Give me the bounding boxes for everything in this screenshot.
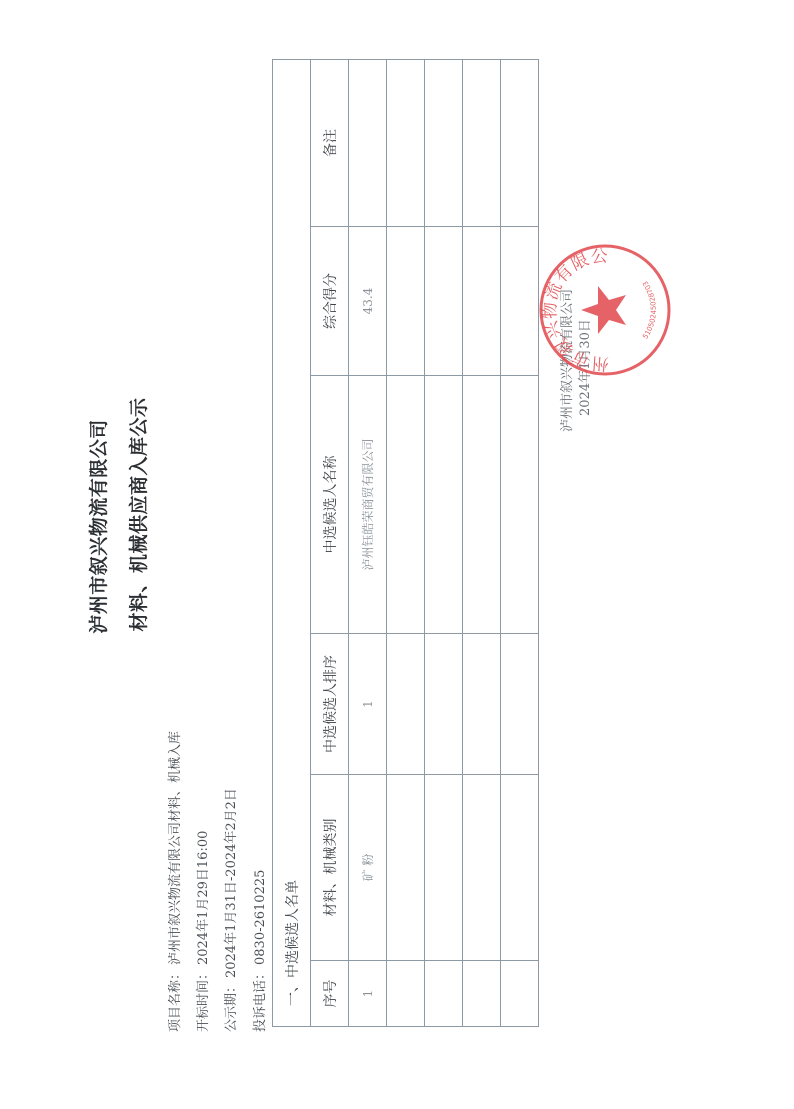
table-row xyxy=(387,60,425,1027)
info-value: 0830-2610225 xyxy=(253,870,268,965)
notice-title: 材料、机械供应商入库公示 xyxy=(124,0,151,1069)
info-label: 项目名称： xyxy=(168,967,183,1032)
cell-index: 1 xyxy=(349,961,387,1027)
info-value: 泸州市叙兴物流有限公司材料、机械入库 xyxy=(168,731,183,965)
cell-score xyxy=(463,227,501,376)
cell-remark xyxy=(501,60,539,227)
info-bid-opening-time: 开标时间：2024年1月29日16:00 xyxy=(192,831,211,1032)
cell-score xyxy=(501,227,539,376)
info-complaint-phone: 投诉电话：0830-2610225 xyxy=(249,870,268,1032)
cell-score: 43.4 xyxy=(349,227,387,376)
info-label: 开标时间： xyxy=(196,967,211,1032)
info-label: 公示期： xyxy=(224,980,239,1032)
cell-category xyxy=(463,775,501,961)
cell-candidate-name xyxy=(463,376,501,634)
cell-index xyxy=(425,961,463,1027)
info-value: 2024年1月31日-2024年2月2日 xyxy=(224,788,239,978)
cell-candidate-name xyxy=(425,376,463,634)
info-value: 2024年1月29日16:00 xyxy=(196,831,211,965)
cell-score xyxy=(425,227,463,376)
cell-rank: 1 xyxy=(349,634,387,775)
header-cell: 中选候选人排序 xyxy=(311,634,349,775)
cell-rank xyxy=(463,634,501,775)
cell-index xyxy=(463,961,501,1027)
cell-rank xyxy=(387,634,425,775)
candidate-table: 一、中选候选人名单 序号 材料、机械类别 中选候选人排序 中选候选人名称 综合得… xyxy=(272,59,539,1027)
header-cell: 备注 xyxy=(311,60,349,227)
cell-candidate-name: 泸州钰皓荣商贸有限公司 xyxy=(349,376,387,634)
cell-category: 矿 粉 xyxy=(349,775,387,961)
cell-rank xyxy=(501,634,539,775)
cell-remark xyxy=(463,60,501,227)
section-title: 一、中选候选人名单 xyxy=(273,60,311,1027)
header-cell: 序号 xyxy=(311,961,349,1027)
cell-remark xyxy=(425,60,463,227)
header-cell: 材料、机械类别 xyxy=(311,775,349,961)
table-row xyxy=(501,60,539,1027)
cell-candidate-name xyxy=(501,376,539,634)
section-title-row: 一、中选候选人名单 xyxy=(273,60,311,1027)
header-row: 序号 材料、机械类别 中选候选人排序 中选候选人名称 综合得分 备注 xyxy=(311,60,349,1027)
header-cell: 综合得分 xyxy=(311,227,349,376)
cell-score xyxy=(387,227,425,376)
rotated-document-page: 泸州市叙兴物流有限公司 材料、机械供应商入库公示 项目名称：泸州市叙兴物流有限公… xyxy=(0,0,794,1109)
table-row xyxy=(425,60,463,1027)
cell-candidate-name xyxy=(387,376,425,634)
cell-index xyxy=(387,961,425,1027)
star-icon xyxy=(581,286,626,334)
cell-category xyxy=(425,775,463,961)
company-seal-stamp: 泸州市叙兴物流有限公司 51050245028703 xyxy=(537,242,673,378)
header-cell: 中选候选人名称 xyxy=(311,376,349,634)
cell-category xyxy=(387,775,425,961)
svg-text:51050245028703: 51050245028703 xyxy=(641,279,658,340)
info-label: 投诉电话： xyxy=(253,967,268,1032)
cell-category xyxy=(501,775,539,961)
info-publicity-period: 公示期：2024年1月31日-2024年2月2日 xyxy=(220,788,239,1032)
stamp-code: 51050245028703 xyxy=(641,279,658,340)
cell-remark xyxy=(387,60,425,227)
table-row xyxy=(463,60,501,1027)
info-project-name: 项目名称：泸州市叙兴物流有限公司材料、机械入库 xyxy=(164,731,183,1032)
cell-remark xyxy=(349,60,387,227)
table-row: 1 矿 粉 1 泸州钰皓荣商贸有限公司 43.4 xyxy=(349,60,387,1027)
cell-index xyxy=(501,961,539,1027)
cell-rank xyxy=(425,634,463,775)
company-title: 泸州市叙兴物流有限公司 xyxy=(84,0,111,1081)
